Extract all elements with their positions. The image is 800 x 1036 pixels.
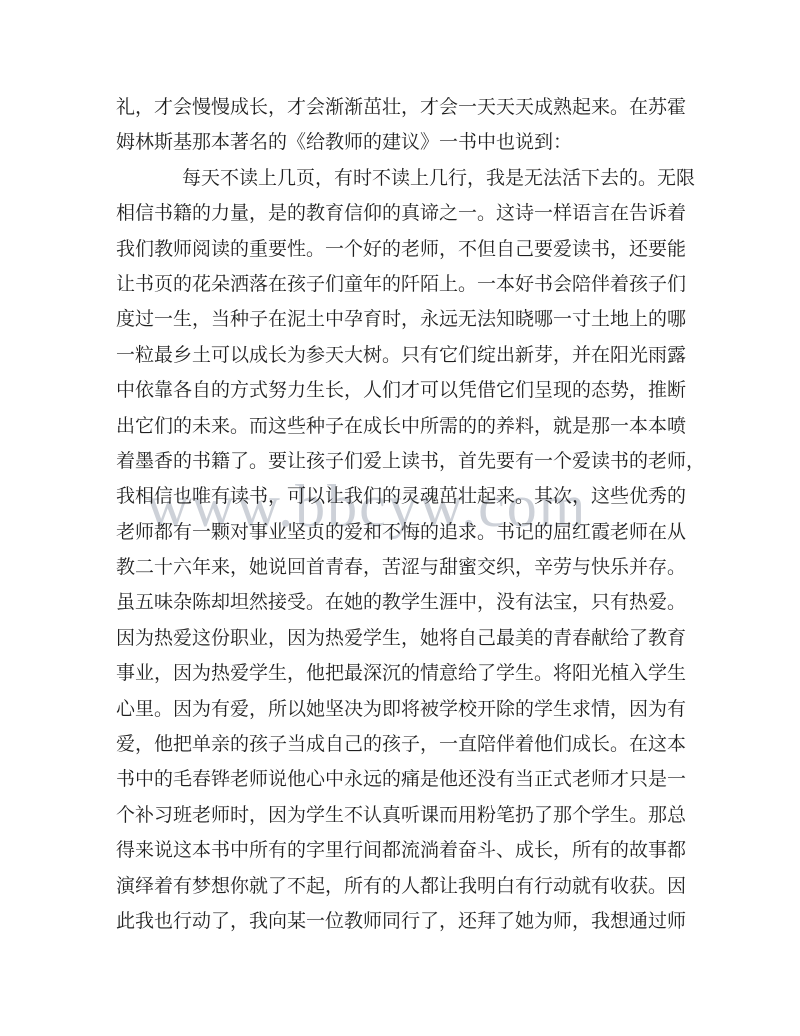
text-line: 个补习班老师时，因为学生不认真听课而用粉笔扔了那个学生。那总 xyxy=(116,798,692,833)
text-line: 心里。因为有爱，所以她坚决为即将被学校开除的学生求情，因为有 xyxy=(116,692,692,727)
document-page: www.bbcyw.com 礼，才会慢慢成长，才会渐渐茁壮，才会一天天天成熟起来… xyxy=(0,0,800,1036)
text-line: 姆林斯基那本著名的《给教师的建议》一书中也说到： xyxy=(116,125,692,160)
text-line: 中依靠各自的方式努力生长，人们才可以凭借它们呈现的态势，推断 xyxy=(116,373,692,408)
document-body: 礼，才会慢慢成长，才会渐渐茁壮，才会一天天天成熟起来。在苏霍姆林斯基那本著名的《… xyxy=(116,90,692,939)
text-line: 我们教师阅读的重要性。一个好的老师，不但自己要爱读书，还要能 xyxy=(116,232,692,267)
text-line: 着墨香的书籍了。要让孩子们爱上读书，首先要有一个爱读书的老师， xyxy=(116,444,692,479)
text-line: 演绎着有梦想你就了不起，所有的人都让我明白有行动就有收获。因 xyxy=(116,869,692,904)
text-line: 让书页的花朵洒落在孩子们童年的阡陌上。一本好书会陪伴着孩子们 xyxy=(116,267,692,302)
text-line: 老师都有一颗对事业坚贞的爱和不悔的追求。书记的屈红霞老师在从 xyxy=(116,515,692,550)
text-line: 相信书籍的力量，是的教育信仰的真谛之一。这诗一样语言在告诉着 xyxy=(116,196,692,231)
text-line: 一粒最乡土可以成长为参天大树。只有它们绽出新芽，并在阳光雨露 xyxy=(116,338,692,373)
text-line: 虽五味杂陈却坦然接受。在她的教学生涯中，没有法宝，只有热爱。 xyxy=(116,585,692,620)
text-line: 得来说这本书中所有的字里行间都流淌着奋斗、成长，所有的故事都 xyxy=(116,833,692,868)
text-line: 此我也行动了，我向某一位教师同行了，还拜了她为师，我想通过师 xyxy=(116,904,692,939)
text-line: 书中的毛春铧老师说他心中永远的痛是他还没有当正式老师才只是一 xyxy=(116,762,692,797)
text-line: 因为热爱这份职业，因为热爱学生，她将自己最美的青春献给了教育 xyxy=(116,621,692,656)
text-line: 礼，才会慢慢成长，才会渐渐茁壮，才会一天天天成熟起来。在苏霍 xyxy=(116,90,692,125)
text-line: 出它们的未来。而这些种子在成长中所需的的养料，就是那一本本喷 xyxy=(116,409,692,444)
text-line: 度过一生，当种子在泥土中孕育时，永远无法知晓哪一寸土地上的哪 xyxy=(116,302,692,337)
text-line: 每天不读上几页，有时不读上几行，我是无法活下去的。无限 xyxy=(116,161,692,196)
text-line: 我相信也唯有读书，可以让我们的灵魂茁壮起来。其次，这些优秀的 xyxy=(116,479,692,514)
text-line: 教二十六年来，她说回首青春，苦涩与甜蜜交织，辛劳与快乐并存。 xyxy=(116,550,692,585)
text-line: 事业，因为热爱学生，他把最深沉的情意给了学生。将阳光植入学生 xyxy=(116,656,692,691)
text-line: 爱，他把单亲的孩子当成自己的孩子，一直陪伴着他们成长。在这本 xyxy=(116,727,692,762)
